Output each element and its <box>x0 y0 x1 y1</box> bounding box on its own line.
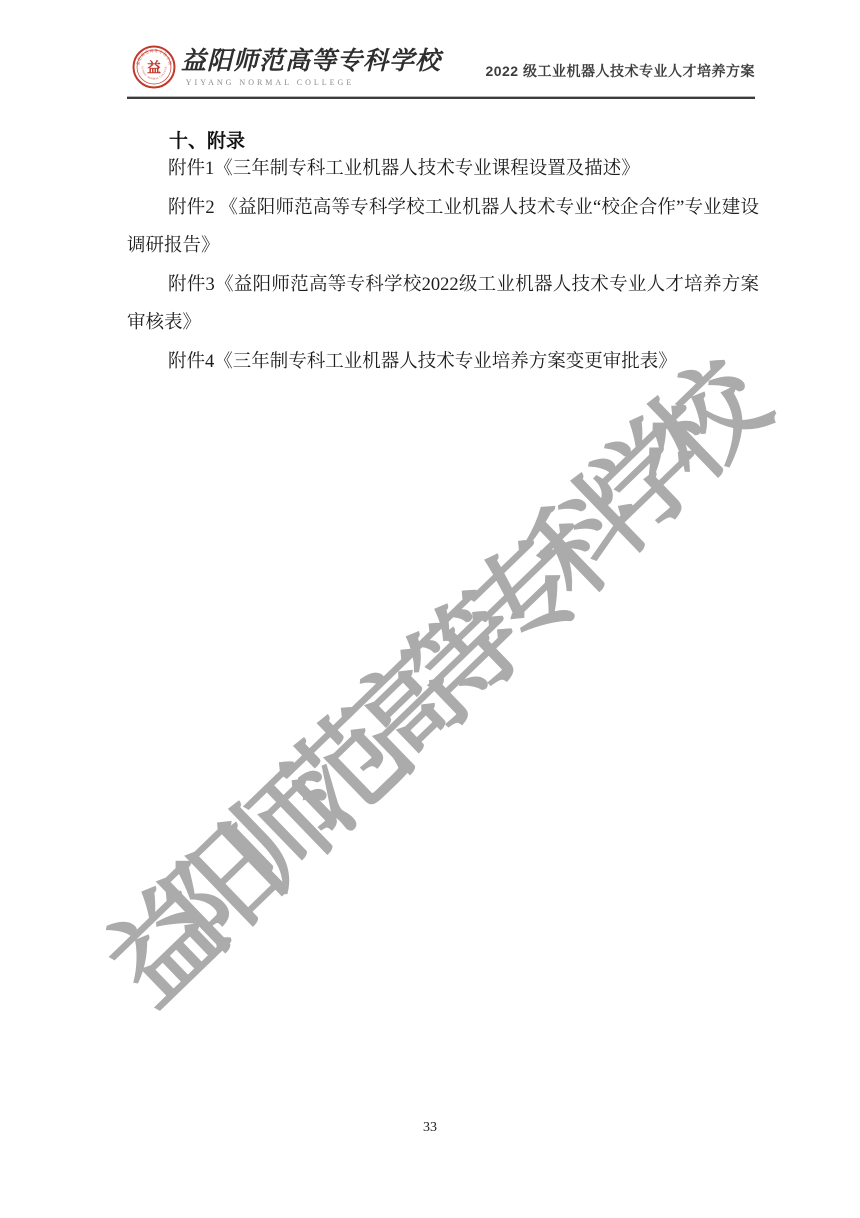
attachment-item-1: 附件1《三年制专科工业机器人技术专业课程设置及描述》 <box>127 150 759 189</box>
attachment-item-4: 附件4《三年制专科工业机器人技术专业培养方案变更审批表》 <box>127 343 759 382</box>
college-brand: 益阳师范高等专科学校 YIYANG NORMAL COLLEGE <box>181 48 359 87</box>
attachment-item-2: 附件2 《益阳师范高等专科学校工业机器人技术专业“校企合作”专业建设调研报告》 <box>127 189 759 266</box>
attachment-list: 附件1《三年制专科工业机器人技术专业课程设置及描述》 附件2 《益阳师范高等专科… <box>127 150 759 381</box>
header-divider <box>127 96 755 99</box>
college-name-english: YIYANG NORMAL COLLEGE <box>181 78 359 87</box>
seal-center-glyph: 益 <box>147 60 161 77</box>
page-number: 33 <box>0 1120 860 1136</box>
attachment-item-3: 附件3《益阳师范高等专科学校2022级工业机器人技术专业人才培养方案审核表》 <box>127 266 759 343</box>
document-title: 2022 级工业机器人技术专业人才培养方案 <box>485 61 755 81</box>
document-page: 益阳师范高等专科学校 YIYANG NORMAL COLLEGE 益 益阳师范高… <box>0 0 860 1218</box>
college-seal-svg: 益阳师范高等专科学校 YIYANG NORMAL COLLEGE 益 <box>132 45 176 89</box>
college-seal-logo: 益阳师范高等专科学校 YIYANG NORMAL COLLEGE 益 <box>132 45 176 89</box>
college-name-chinese: 益阳师范高等专科学校 <box>181 48 359 76</box>
section-title: 十、附录 <box>127 126 759 153</box>
